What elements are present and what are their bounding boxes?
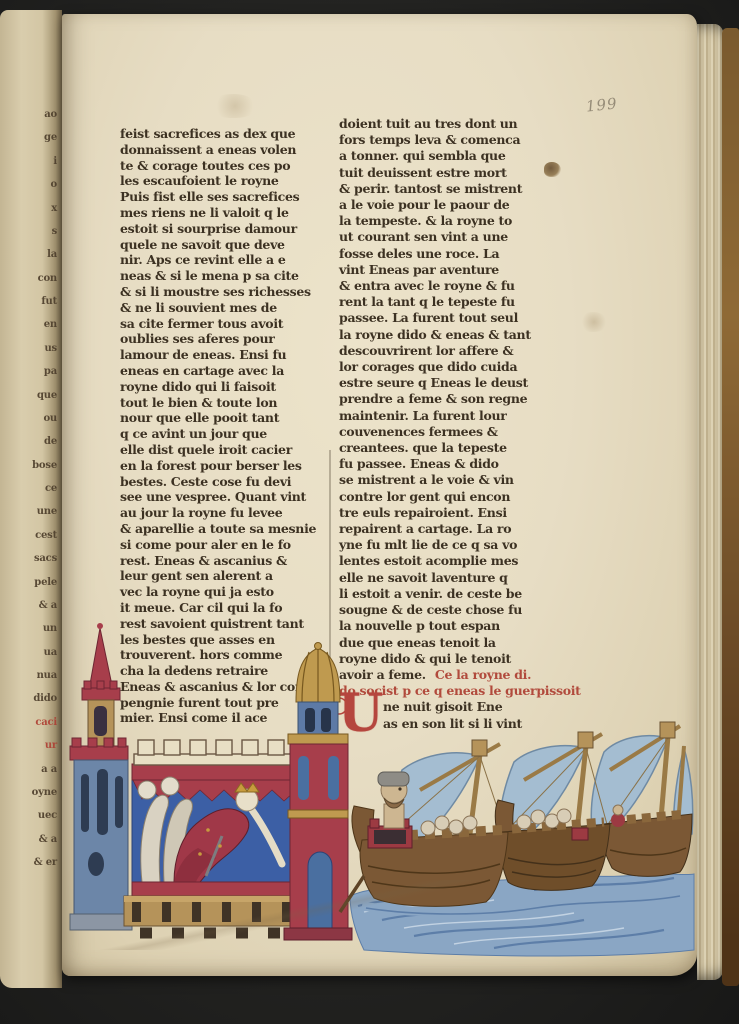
text-line: yne fu mlt lie de ce q sa vo [339,537,555,553]
text-line: o [51,180,57,190]
book-fore-edge [697,24,723,980]
text-line: & er [34,858,57,868]
previous-page-edge: aogeioxslaconfutenuspaqueoudeboseceunece… [0,10,62,988]
text-line: nour que elle pooit tant [120,410,330,426]
text-line: fosse deles une roce. La [339,246,555,262]
text-line: caci [35,718,57,728]
text-line: pa [44,367,57,377]
text-line: uec [38,811,57,821]
text-line: en [44,320,57,330]
text-line: & si li moustre ses richesses [120,284,330,300]
text-line: & a [39,835,57,845]
text-line: ge [44,133,57,143]
text-line: contre lor gent qui encon [339,489,555,505]
text-line: rest. Eneas & ascanius & [120,553,330,569]
text-line: sa cite fermer tous avoit [120,316,330,332]
text-line: fut [41,297,57,307]
text-line: si come pour aler en le fo [120,537,330,553]
text-line: nir. Aps ce revint elle a e [120,252,330,268]
text-line: s [52,227,57,237]
text-line: ao [44,110,57,120]
text-line: q ce avint un jour que [120,426,330,442]
text-line: creantees. que la tepeste [339,440,555,456]
text-line: see une vespree. Quant vint [120,489,330,505]
text-line: fors temps leva & comenca [339,132,555,148]
text-line: te & corage toutes ces po [120,158,330,174]
text-line: la [47,250,57,260]
text-line: en la forest pour berser les [120,458,330,474]
text-line: elle ne savoit laventure q [339,570,555,586]
text-line: quele ne savoit que deve [120,237,330,253]
photo-background: aogeioxslaconfutenuspaqueoudeboseceunece… [0,0,739,1024]
text-line: dido [33,694,57,704]
text-line: la tempeste. & la royne to [339,213,555,229]
text-line: ou [43,414,57,424]
text-line: Puis fist elle ses sacrefices [120,189,330,205]
text-line: ur [45,741,57,751]
previous-page-text-fragments: aogeioxslaconfutenuspaqueoudeboseceunece… [32,110,57,868]
text-line: rent la tant q le tepeste fu [339,294,555,310]
text-line: li estoit a venir. de ceste be [339,586,555,602]
text-line: leur gent sen alerent a [120,568,330,584]
text-line: bestes. Ceste cose fu devi [120,474,330,490]
text-line: nua [37,671,57,681]
text-line: les escaufoient le royne [120,173,330,189]
book-cover-edge [722,28,739,986]
text-line: estre seure q Eneas le deust [339,375,555,391]
folio-number: 199 [585,96,618,114]
text-line: oublies ses aferes pour [120,331,330,347]
text-line: vint Eneas par aventure [339,262,555,278]
text-line: un [43,624,57,634]
text-line: a le voie pour le paour de [339,197,555,213]
text-line: & a [39,601,57,611]
text-line: prendre a feme & son regne [339,391,555,407]
manuscript-page: 199 feist sacrefices as dex quedonnaisse… [62,14,697,976]
text-line: royne dido qui li faisoit [120,379,330,395]
text-line: vec la royne qui ja esto [120,584,330,600]
text-line: oyne [32,788,57,798]
text-line: estoit si sourprise damour [120,221,330,237]
text-line: tre euls repairoient. Ensi [339,505,555,521]
text-line: bose [32,461,57,471]
text-line: donnaissent a eneas volen [120,142,330,158]
text-line: con [38,274,57,284]
red-stern-cloth [572,828,588,840]
text-line: feist sacrefices as dex que [120,126,330,142]
text-line: doient tuit au tres dont un [339,116,555,132]
text-line: tuit deuissent estre mort [339,165,555,181]
figurehead-cap [378,772,409,786]
text-line: maintenir. La furent lour [339,408,555,424]
text-line: une [37,507,57,517]
text-line: la royne dido & eneas & tant [339,327,555,343]
text-line: ce [45,484,57,494]
text-line: neas & si le mena p sa cite [120,268,330,284]
text-line: lamour de eneas. Ensi fu [120,347,330,363]
text-line: que [37,391,57,401]
parchment-crease [82,880,502,950]
text-line: ut courant sen vint a une [339,229,555,245]
text-line: cest [35,531,57,541]
parchment-stain [212,94,258,118]
text-line: lentes estoit acomplie mes [339,553,555,569]
text-line: mes riens ne li valoit q le [120,205,330,221]
text-line: elle dist quele iroit cacier [120,442,330,458]
text-line: fu passee. Eneas & dido [339,456,555,472]
text-line: a tonner. qui sembla que [339,148,555,164]
ship-3 [602,805,692,876]
text-line: au jour la royne fu levee [120,505,330,521]
text-line: eneas en cartage avec la [120,363,330,379]
text-line: repairent a cartage. La ro [339,521,555,537]
text-line: us [44,344,57,354]
text-line: & ne li souvient mes de [120,300,330,316]
text-line: descouvrirent lor affere & [339,343,555,359]
text-line: passee. La furent tout seul [339,310,555,326]
text-line: se mistrent a le voie & vin [339,472,555,488]
text-line: a a [41,765,57,775]
text-line: & perir. tantost se mistrent [339,181,555,197]
text-line: x [51,204,57,214]
text-line: i [53,157,57,167]
text-line: & entra avec le royne & fu [339,278,555,294]
text-line: tout le bien & toute lon [120,395,330,411]
text-line: lor corages que dido cuida [339,359,555,375]
text-line: pele [34,578,57,588]
text-line: & aparellie a toute sa mesnie [120,521,330,537]
text-line: couvenences fermees & [339,424,555,440]
text-line: sacs [34,554,57,564]
text-line: ua [44,648,57,658]
text-line: de [44,437,57,447]
parchment-stain [580,312,608,332]
